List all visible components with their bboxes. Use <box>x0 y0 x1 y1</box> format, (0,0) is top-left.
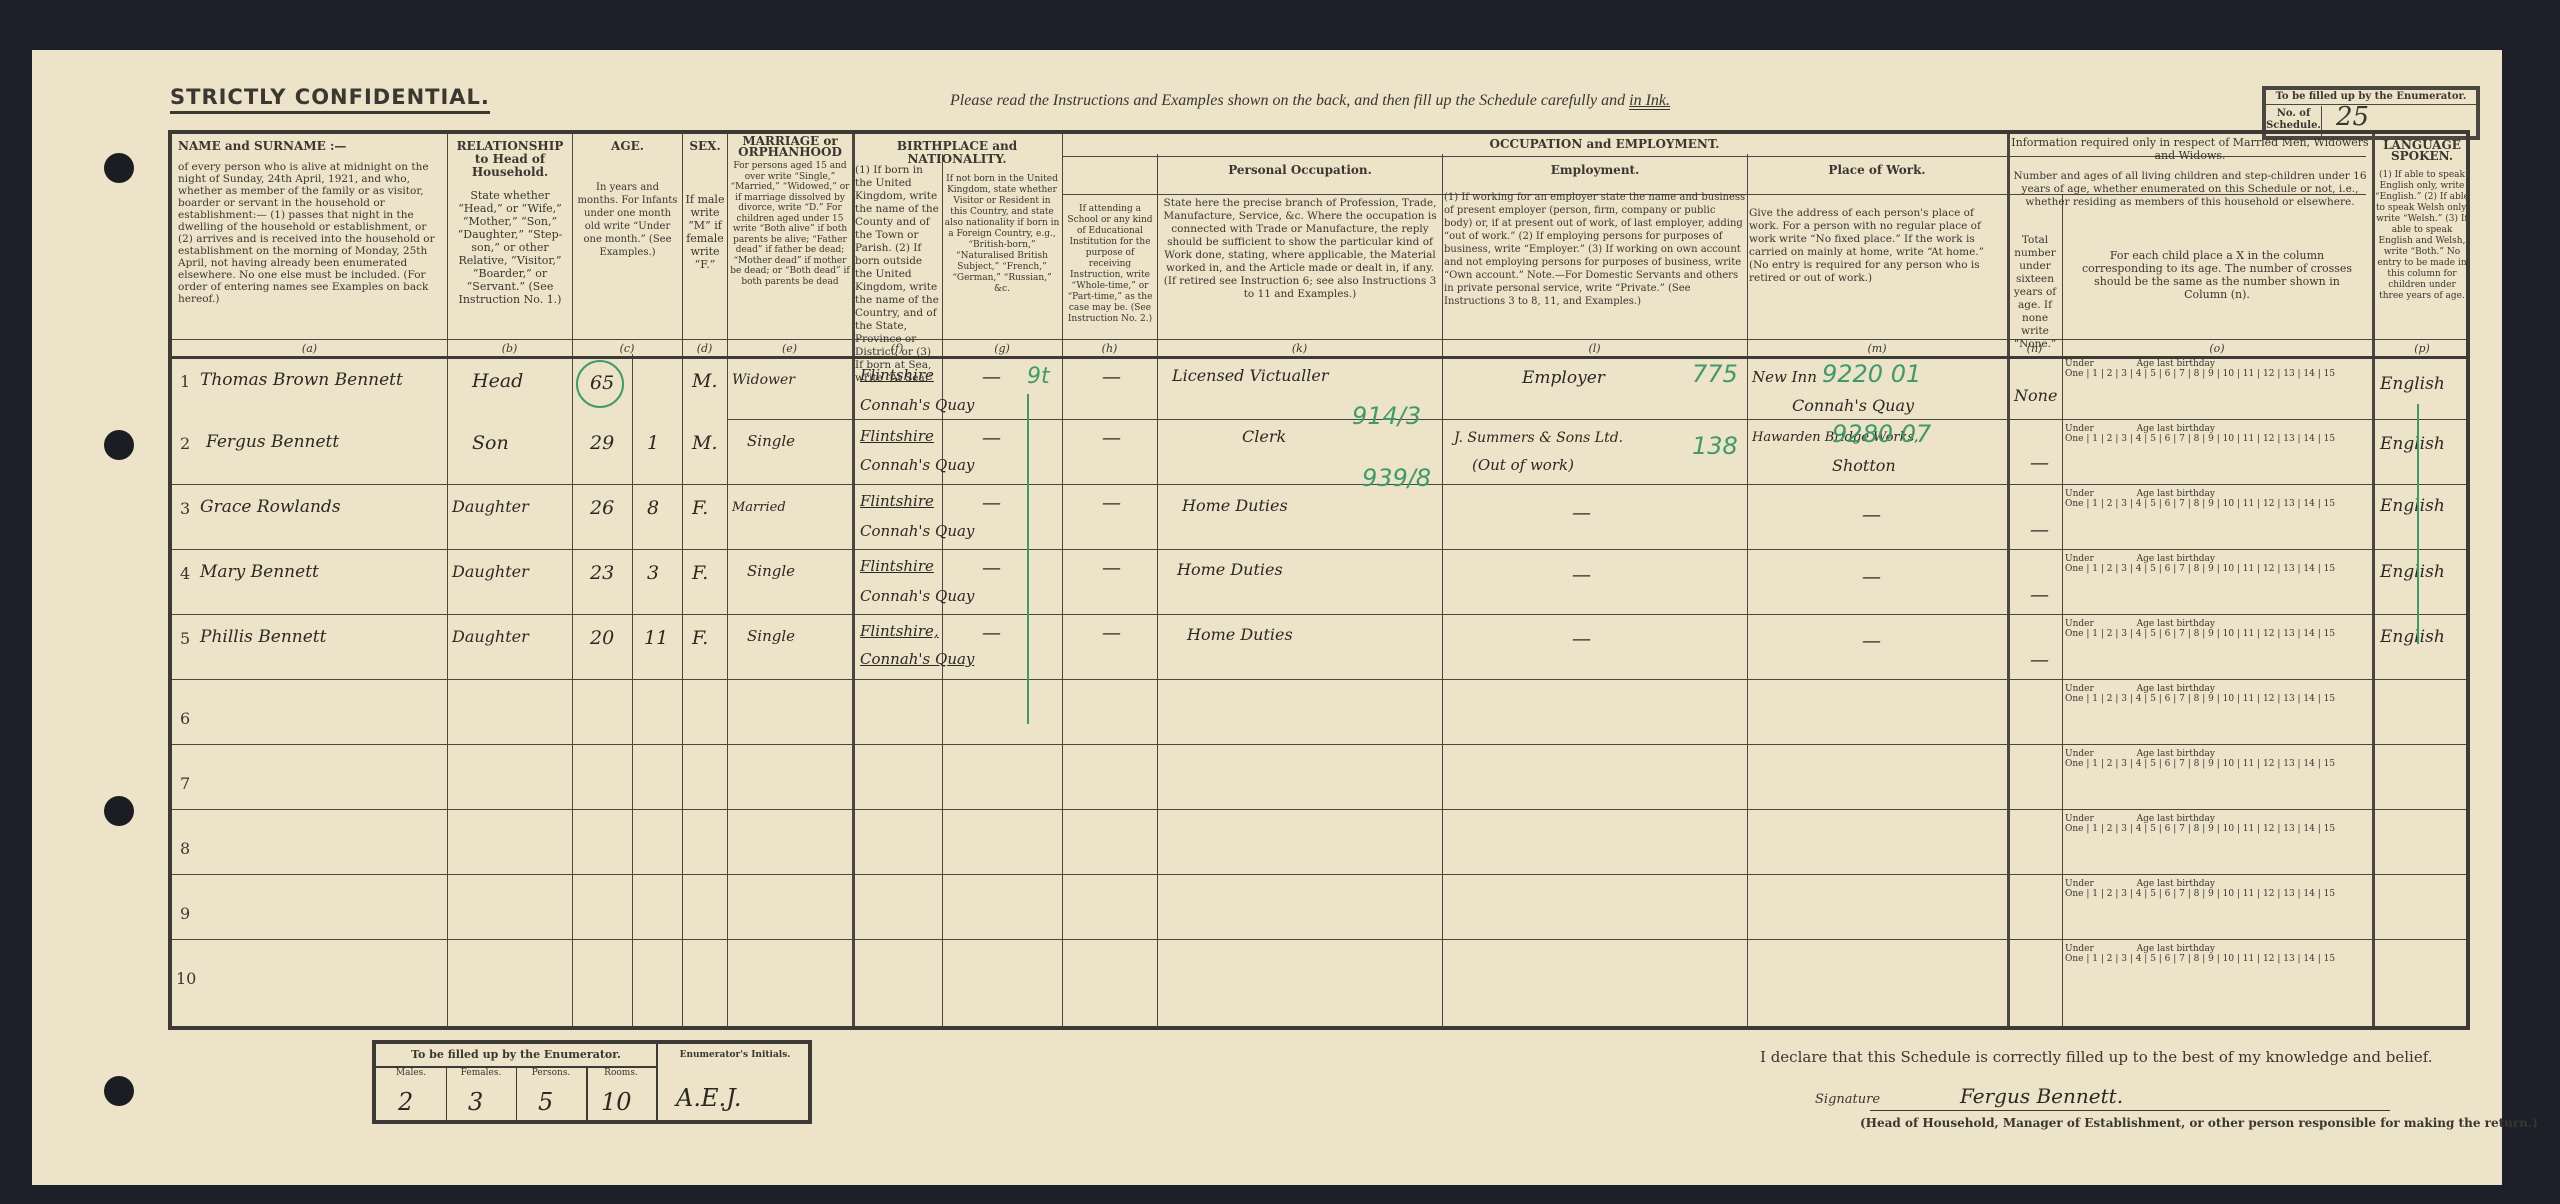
person-name: Fergus Bennett <box>206 432 339 452</box>
row-number: 9 <box>180 904 190 923</box>
col-d-header: SEX. If male write “M” if female write “… <box>684 140 726 271</box>
person-name: Mary Bennett <box>200 562 319 582</box>
birth-town: Connah's Quay <box>860 396 974 414</box>
marital-status: Widower <box>732 372 795 388</box>
row-number: 10 <box>176 969 196 988</box>
females-count: 3 <box>468 1088 483 1116</box>
employment-code-annotation: 775 <box>1692 360 1738 388</box>
col-letter: (g) <box>942 342 1062 355</box>
birth-county: Flintshire <box>860 557 934 575</box>
age-months: 8 <box>647 497 659 519</box>
household-table: NAME and SURNAME :— of every person who … <box>168 130 2470 1030</box>
row-number: 1 <box>180 372 190 391</box>
employment-status: (Out of work) <box>1472 456 1574 474</box>
check-line-annotation <box>1027 394 1029 724</box>
relationship: Daughter <box>452 497 529 516</box>
birth-town: Connah's Quay <box>860 522 974 540</box>
age-months: 11 <box>644 627 668 649</box>
age-grid: Under Age last birthdayOne | 1 | 2 | 3 |… <box>2065 684 2370 704</box>
person-name: Thomas Brown Bennett <box>200 370 403 390</box>
nationality: — <box>982 366 1001 388</box>
col-g-header: If not born in the United Kingdom, state… <box>944 174 1060 295</box>
education: — <box>1102 557 1121 579</box>
punch-hole <box>104 1076 134 1106</box>
col-h-header: If attending a School or any kind of Edu… <box>1064 204 1156 325</box>
col-c-header: AGE. In years and months. For Infants un… <box>575 140 680 259</box>
col-letter: (a) <box>172 342 447 355</box>
marital-status: Single <box>747 627 795 645</box>
rooms-label: Rooms. <box>586 1068 656 1078</box>
persons-count: 5 <box>538 1088 553 1116</box>
occupation: Home Duties <box>1182 496 1288 515</box>
children-count: — <box>2030 584 2049 606</box>
row-number: 5 <box>180 629 190 648</box>
workplace-code-annotation: 9280 07 <box>1832 420 1931 448</box>
col-letter: (l) <box>1442 342 1747 355</box>
age-grid: Under Age last birthdayOne | 1 | 2 | 3 |… <box>2065 554 2370 574</box>
col-letter: (m) <box>1747 342 2007 355</box>
col-occupation-header: OCCUPATION and EMPLOYMENT. <box>1202 138 2007 151</box>
workplace: — <box>1862 566 1881 588</box>
employment: — <box>1572 502 1591 524</box>
birth-county: Flintshire <box>860 427 934 445</box>
signature-label: Signature <box>1815 1092 1880 1107</box>
sex: M. <box>692 370 718 392</box>
language: English <box>2380 496 2445 516</box>
language: English <box>2380 562 2445 582</box>
col-letter: (h) <box>1062 342 1157 355</box>
col-letter: (b) <box>447 342 572 355</box>
col-k-header: Personal Occupation. State here the prec… <box>1159 164 1441 301</box>
employment: J. Summers & Sons Ltd. <box>1454 430 1623 446</box>
col-b-header: RELATIONSHIP to Head of Household. State… <box>450 140 570 306</box>
age-months: 3 <box>647 562 659 584</box>
punch-hole <box>104 153 134 183</box>
occupation: Home Duties <box>1177 560 1283 579</box>
language: English <box>2380 434 2445 454</box>
col-n-header: Total number under sixteen years of age.… <box>2009 234 2061 351</box>
age-grid: Under Age last birthdayOne | 1 | 2 | 3 |… <box>2065 944 2370 964</box>
nationality: — <box>982 492 1001 514</box>
birth-town: Connah's Quay <box>860 650 974 668</box>
col-letter: (o) <box>2062 342 2372 355</box>
relationship: Head <box>472 370 523 392</box>
employment: — <box>1572 564 1591 586</box>
employment-code-annotation: 138 <box>1692 432 1738 460</box>
persons-label: Persons. <box>516 1068 586 1078</box>
nationality: — <box>982 557 1001 579</box>
nationality: — <box>982 622 1001 644</box>
enumerator-initials: A.E.J. <box>676 1084 742 1112</box>
sex: M. <box>692 432 718 454</box>
occupation: Licensed Victualler <box>1172 366 1328 385</box>
children-count: None <box>2014 386 2057 405</box>
males-label: Males. <box>376 1068 446 1078</box>
row-number: 3 <box>180 499 190 518</box>
col-letter: (p) <box>2372 342 2472 355</box>
males-count: 2 <box>398 1088 413 1116</box>
education: — <box>1102 427 1121 449</box>
workplace: New Inn <box>1752 368 1817 386</box>
nationality: — <box>982 427 1001 449</box>
marital-status: Single <box>747 562 795 580</box>
col-e-header: MARRIAGE or ORPHANHOOD For persons aged … <box>729 136 851 287</box>
col-letter: (f) <box>852 342 942 355</box>
education: — <box>1102 366 1121 388</box>
sex: F. <box>692 497 708 519</box>
occupation: Clerk <box>1242 427 1286 446</box>
schedule-box-caption: To be filled up by the Enumerator. <box>2266 90 2476 105</box>
rooms-count: 10 <box>601 1088 632 1116</box>
birth-county: Flintshire, <box>860 622 939 640</box>
females-label: Females. <box>446 1068 516 1078</box>
birth-county: Flintshire <box>860 492 934 510</box>
col-letter: (e) <box>727 342 852 355</box>
age-months: 1 <box>647 432 659 454</box>
row-number: 4 <box>180 564 190 583</box>
row-number: 7 <box>180 774 190 793</box>
age-years: 29 <box>590 432 614 454</box>
col-p-header: LANGUAGE SPOKEN. (1) If able to speak En… <box>2375 140 2469 302</box>
enumerator-box: To be filled up by the Enumerator. Enume… <box>372 1040 812 1124</box>
education: — <box>1102 622 1121 644</box>
sex: F. <box>692 627 708 649</box>
col-letter: (n) <box>2007 342 2062 355</box>
col-o-header: For each child place a X in the column c… <box>2072 249 2362 301</box>
relationship: Daughter <box>452 562 529 581</box>
col-letter: (d) <box>682 342 727 355</box>
education: — <box>1102 492 1121 514</box>
relationship: Son <box>472 432 509 454</box>
children-count: — <box>2030 649 2049 671</box>
age-circle-annotation <box>576 360 624 408</box>
schedule-number: 25 <box>2336 102 2369 132</box>
marital-status: Married <box>732 500 786 515</box>
age-grid: Under Age last birthdayOne | 1 | 2 | 3 |… <box>2065 424 2370 444</box>
occupation: Home Duties <box>1187 625 1293 644</box>
col-fg-header: BIRTHPLACE and NATIONALITY. <box>854 140 1060 166</box>
row-number: 2 <box>180 434 190 453</box>
punch-hole <box>104 430 134 460</box>
workplace: — <box>1862 630 1881 652</box>
employment: — <box>1572 628 1591 650</box>
person-name: Grace Rowlands <box>200 497 341 517</box>
birth-town: Connah's Quay <box>860 587 974 605</box>
age-years: 26 <box>590 497 614 519</box>
enumerator-caption: To be filled up by the Enumerator. <box>376 1044 656 1068</box>
age-grid: Under Age last birthdayOne | 1 | 2 | 3 |… <box>2065 359 2370 379</box>
age-grid: Under Age last birthdayOne | 1 | 2 | 3 |… <box>2065 814 2370 834</box>
occupation-code-annotation: 939/8 <box>1362 464 1431 492</box>
col-letter: (k) <box>1157 342 1442 355</box>
signature-caption: (Head of Household, Manager of Establish… <box>1860 1116 2538 1130</box>
col-l-header: Employment. (1) If working for an employ… <box>1444 164 1746 308</box>
col-no-header: Information required only in respect of … <box>2010 136 2370 209</box>
workplace-code-annotation: 9220 01 <box>1822 360 1921 388</box>
employment: Employer <box>1522 368 1605 388</box>
page-title: STRICTLY CONFIDENTIAL. <box>170 85 490 114</box>
age-grid: Under Age last birthdayOne | 1 | 2 | 3 |… <box>2065 619 2370 639</box>
declaration-text: I declare that this Schedule is correctl… <box>1760 1048 2433 1066</box>
language: English <box>2380 374 2445 394</box>
age-grid: Under Age last birthdayOne | 1 | 2 | 3 |… <box>2065 749 2370 769</box>
children-count: — <box>2030 452 2049 474</box>
age-grid: Under Age last birthdayOne | 1 | 2 | 3 |… <box>2065 879 2370 899</box>
birth-town: Connah's Quay <box>860 456 974 474</box>
person-name: Phillis Bennett <box>200 627 326 647</box>
signature-line <box>1870 1110 2390 1111</box>
col-m-header: Place of Work. Give the address of each … <box>1749 164 2005 285</box>
relationship: Daughter <box>452 627 529 646</box>
workplace: — <box>1862 504 1881 526</box>
occupation-code-annotation: 914/3 <box>1352 402 1421 430</box>
birth-county: Flintshire <box>860 366 934 384</box>
punch-hole <box>104 796 134 826</box>
row-number: 6 <box>180 709 190 728</box>
col-letter: (c) <box>572 342 682 355</box>
row-number: 8 <box>180 839 190 858</box>
age-years: 20 <box>590 627 614 649</box>
nationality-code-annotation: 9t <box>1027 364 1050 389</box>
marital-status: Single <box>747 432 795 450</box>
language: English <box>2380 627 2445 647</box>
initials-label: Enumerator's Initials. <box>660 1050 810 1060</box>
sex: F. <box>692 562 708 584</box>
age-years: 23 <box>590 562 614 584</box>
age-grid: Under Age last birthdayOne | 1 | 2 | 3 |… <box>2065 489 2370 509</box>
col-a-header: NAME and SURNAME :— of every person who … <box>178 140 443 305</box>
check-line-annotation <box>2417 404 2419 644</box>
signature: Fergus Bennett. <box>1960 1084 2123 1108</box>
children-count: — <box>2030 519 2049 541</box>
workplace-town: Connah's Quay <box>1792 396 1914 415</box>
instructions-line: Please read the Instructions and Example… <box>950 92 1670 110</box>
workplace-town: Shotton <box>1832 456 1896 475</box>
